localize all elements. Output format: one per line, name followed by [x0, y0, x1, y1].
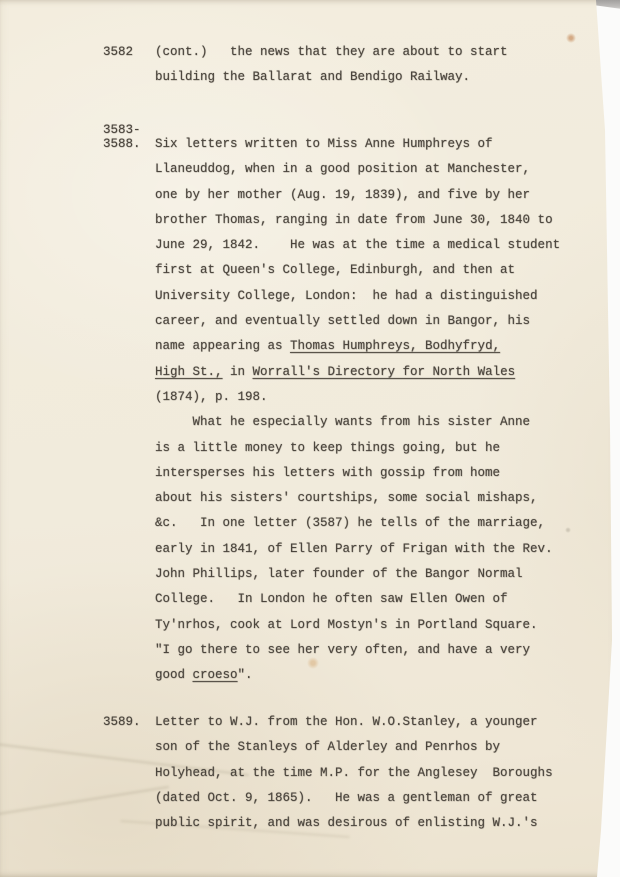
entry-paragraph: (cont.) the news that they are about to … [155, 40, 587, 91]
text-segment: brother Thomas, ranging in date from Jun… [155, 213, 553, 227]
entry-text-line: (dated Oct. 9, 1865). He was a gentleman… [155, 786, 587, 811]
entry-text-line: brother Thomas, ranging in date from Jun… [155, 208, 587, 233]
entry-text: Six letters written to Miss Anne Humphre… [155, 132, 587, 689]
text-segment: (cont.) the news that they are about to … [155, 45, 508, 59]
entry-text-line: High St., in Worrall's Directory for Nor… [155, 360, 587, 385]
text-segment: John Phillips, later founder of the Bang… [155, 567, 523, 581]
text-segment: son of the Stanleys of Alderley and Penr… [155, 740, 500, 754]
text-segment: in [223, 365, 253, 379]
text-segment: name appearing as [155, 339, 290, 353]
text-segment: Ty'nrhos, cook at Lord Mostyn's in Portl… [155, 618, 538, 632]
entry-text-line: first at Queen's College, Edinburgh, and… [155, 258, 587, 283]
entry-text-line: career, and eventually settled down in B… [155, 309, 587, 334]
entry-text-line: public spirit, and was desirous of enlis… [155, 811, 587, 836]
text-segment: is a little money to keep things going, … [155, 441, 500, 455]
text-segment: University College, London: he had a dis… [155, 289, 538, 303]
entry-text-line: &c. In one letter (3587) he tells of the… [155, 511, 587, 536]
entry-text-line: June 29, 1842. He was at the time a medi… [155, 233, 587, 258]
entry-text-line: good croeso". [155, 663, 587, 688]
entry-text-line: (1874), p. 198. [155, 385, 587, 410]
entry-paragraph: What he especially wants from his sister… [155, 410, 587, 688]
entry-text-line: (cont.) the news that they are about to … [155, 40, 587, 65]
text-segment: &c. In one letter (3587) he tells of the… [155, 516, 545, 530]
entry-text-line: University College, London: he had a dis… [155, 284, 587, 309]
entry-text-line: son of the Stanleys of Alderley and Penr… [155, 735, 587, 760]
scanned-document-page: 3582(cont.) the news that they are about… [0, 0, 620, 877]
entry-text-line: early in 1841, of Ellen Parry of Frigan … [155, 537, 587, 562]
entry-number: 3589. [103, 710, 141, 735]
underlined-text: croeso [193, 668, 238, 682]
underlined-text: Thomas Humphreys, Bodhyfryd, [290, 339, 500, 353]
entry-number-line: 3583- [103, 124, 141, 138]
entry-number-line: 3588. [103, 138, 141, 152]
text-segment: Holyhead, at the time M.P. for the Angle… [155, 766, 553, 780]
text-segment: June 29, 1842. He was at the time a medi… [155, 238, 560, 252]
entry-number-line: 3582 [103, 40, 133, 65]
text-segment: public spirit, and was desirous of enlis… [155, 816, 538, 830]
underlined-text: Worrall's Directory for North Wales [253, 365, 516, 379]
text-segment: ". [238, 668, 253, 682]
text-segment: building the Ballarat and Bendigo Railwa… [155, 70, 470, 84]
entry-number-line: 3589. [103, 710, 141, 735]
text-segment: Letter to W.J. from the Hon. W.O.Stanley… [155, 715, 538, 729]
underlined-text: High St., [155, 365, 223, 379]
text-segment: College. In London he often saw Ellen Ow… [155, 592, 508, 606]
entry-text-line: name appearing as Thomas Humphreys, Bodh… [155, 334, 587, 359]
text-segment: good [155, 668, 193, 682]
text-segment: "I go there to see her very often, and h… [155, 643, 530, 657]
entry-text-line: building the Ballarat and Bendigo Railwa… [155, 65, 587, 90]
entry-paragraph: Six letters written to Miss Anne Humphre… [155, 132, 587, 410]
text-segment: Llaneuddog, when in a good position at M… [155, 162, 530, 176]
entry-text-line: Ty'nrhos, cook at Lord Mostyn's in Portl… [155, 613, 587, 638]
text-segment: about his sisters' courtships, some soci… [155, 491, 538, 505]
entry-text-line: Llaneuddog, when in a good position at M… [155, 157, 587, 182]
entry-text-line: about his sisters' courtships, some soci… [155, 486, 587, 511]
entry-text-line: intersperses his letters with gossip fro… [155, 461, 587, 486]
paper-sheet: 3582(cont.) the news that they are about… [0, 0, 620, 877]
text-segment: early in 1841, of Ellen Parry of Frigan … [155, 542, 553, 556]
entry-text-line: John Phillips, later founder of the Bang… [155, 562, 587, 587]
entry-text-line: Six letters written to Miss Anne Humphre… [155, 132, 587, 157]
entry-text: (cont.) the news that they are about to … [155, 40, 587, 91]
text-segment: first at Queen's College, Edinburgh, and… [155, 263, 515, 277]
text-segment: (1874), p. 198. [155, 390, 268, 404]
entry-text-line: What he especially wants from his sister… [155, 410, 587, 435]
entry-text-line: Holyhead, at the time M.P. for the Angle… [155, 761, 587, 786]
text-segment: career, and eventually settled down in B… [155, 314, 530, 328]
entry-text-line: "I go there to see her very often, and h… [155, 638, 587, 663]
entry-text-line: is a little money to keep things going, … [155, 436, 587, 461]
entry-text-line: one by her mother (Aug. 19, 1839), and f… [155, 183, 587, 208]
text-segment: Six letters written to Miss Anne Humphre… [155, 137, 493, 151]
text-segment: (dated Oct. 9, 1865). He was a gentleman… [155, 791, 538, 805]
text-segment: one by her mother (Aug. 19, 1839), and f… [155, 188, 530, 202]
entry-text: Letter to W.J. from the Hon. W.O.Stanley… [155, 710, 587, 836]
text-segment: What he especially wants from his sister… [155, 415, 530, 429]
entry-number: 3582 [103, 40, 133, 65]
entry-number: 3583-3588. [103, 124, 141, 151]
catalogue-entries: 3582(cont.) the news that they are about… [0, 0, 620, 877]
entry-text-line: Letter to W.J. from the Hon. W.O.Stanley… [155, 710, 587, 735]
entry-text-line: College. In London he often saw Ellen Ow… [155, 587, 587, 612]
entry-paragraph: Letter to W.J. from the Hon. W.O.Stanley… [155, 710, 587, 836]
text-segment: intersperses his letters with gossip fro… [155, 466, 500, 480]
